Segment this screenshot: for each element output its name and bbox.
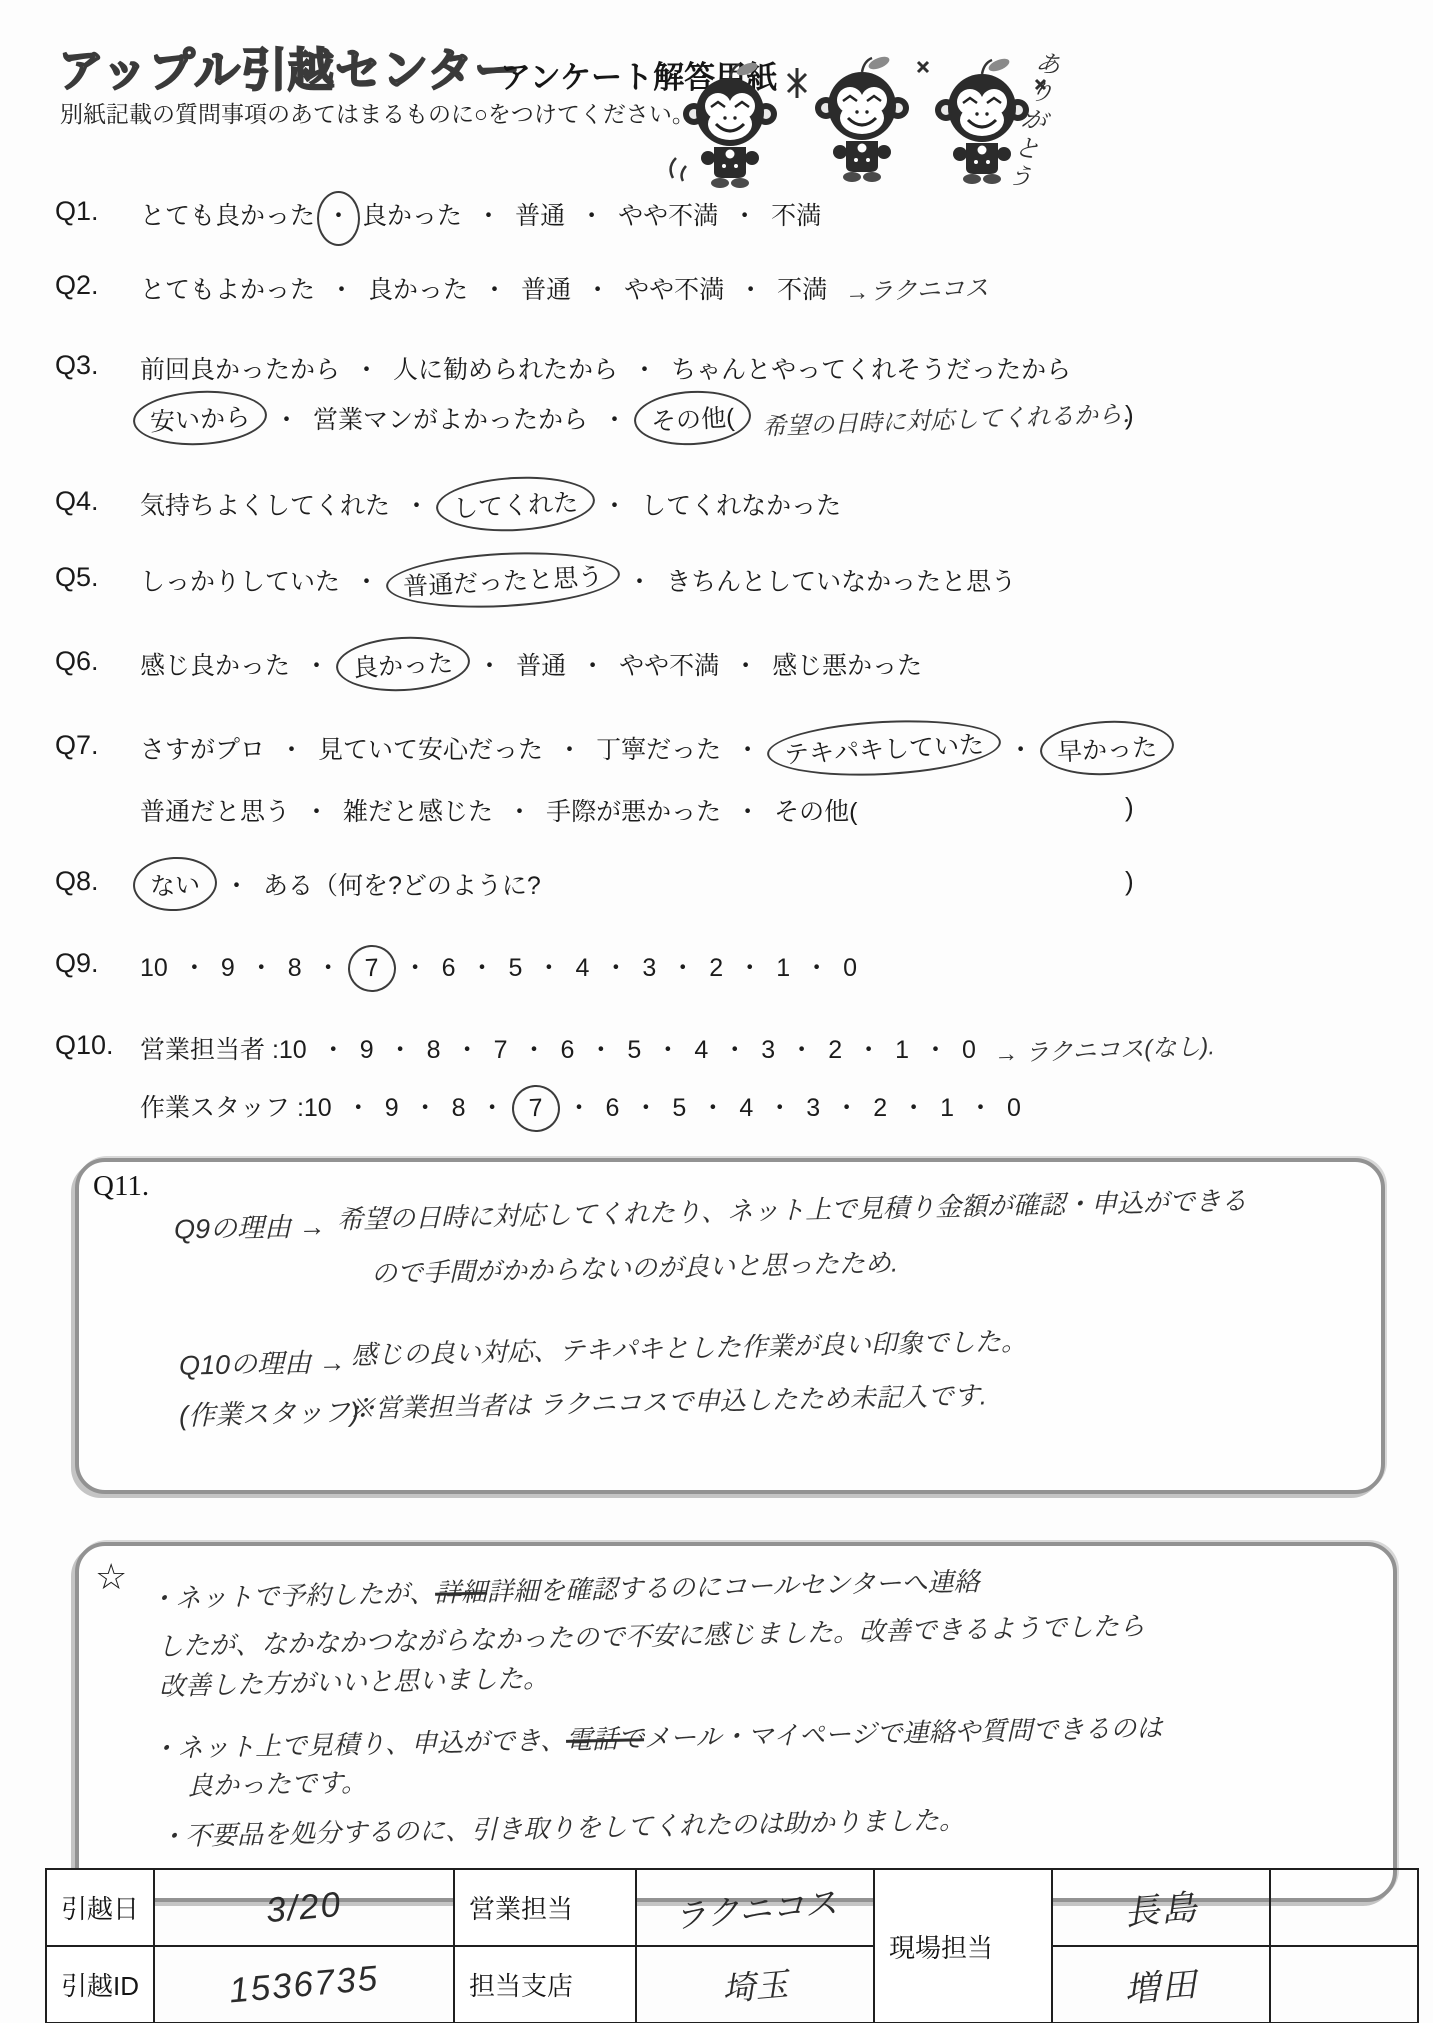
question-option: 5 bbox=[509, 954, 523, 983]
question-option: 0 bbox=[1007, 1094, 1021, 1123]
comment-segment: ・ネット上で見積り、申込ができ、 bbox=[151, 1725, 567, 1764]
q11-label: Q11. bbox=[93, 1170, 149, 1203]
separator-dot: ・ bbox=[304, 792, 329, 828]
question-options: とても良かった・良かった・普通・やや不満・不満 bbox=[140, 196, 821, 240]
circled-option: 普通だったと思う bbox=[385, 547, 622, 613]
question-option: やや不満 bbox=[624, 270, 724, 306]
question-option: 0 bbox=[843, 954, 857, 983]
separator-dot: ・ bbox=[735, 792, 760, 828]
site-staff-name-2: 増田 bbox=[1052, 1946, 1270, 2023]
separator-dot: ・ bbox=[632, 350, 657, 386]
question-option: やや不満 bbox=[619, 646, 719, 682]
circled-option: 安いから bbox=[132, 388, 269, 449]
free-comment-box: ☆ ・ネットで予約したが、詳細詳細を確認するのにコールセンターへ連絡したが、なか… bbox=[75, 1542, 1397, 1902]
separator-dot: ・ bbox=[321, 1030, 346, 1066]
question-option: 10 bbox=[279, 1036, 307, 1065]
q11-handwritten-line: Q9の理由 → bbox=[174, 1204, 326, 1246]
circled-option: その他( bbox=[633, 388, 753, 448]
question-option: 5 bbox=[672, 1094, 686, 1123]
empty-cell bbox=[1270, 1946, 1418, 2023]
question-option: 普通 bbox=[521, 270, 571, 306]
question-option: とてもよかった bbox=[140, 270, 315, 306]
question-row: Q10.営業担当者 :10・9・8・7・6・5・4・3・2・1・0→ ラクニコス… bbox=[0, 1030, 1433, 1070]
separator-dot: ・ bbox=[182, 948, 207, 984]
separator-dot: ・ bbox=[354, 350, 379, 386]
separator-dot: ・ bbox=[968, 1088, 993, 1124]
question-option: 9 bbox=[385, 1094, 399, 1123]
question-options: 安いから・営業マンがよかったから・その他(希望の日時に対応してくれるから．) bbox=[140, 400, 1146, 436]
question-option: その他( bbox=[774, 792, 857, 828]
question-option: 3 bbox=[642, 954, 656, 983]
question-option: 良かった bbox=[368, 270, 468, 306]
question-option: 4 bbox=[694, 1036, 708, 1065]
separator-dot: ・ bbox=[413, 1088, 438, 1124]
question-row: Q5.しっかりしていた・普通だったと思う・きちんとしていなかったと思う bbox=[0, 562, 1433, 602]
comment-segment: ・不要品を処分するのに、引き取りをしてくれたのは助かりました。 bbox=[159, 1805, 965, 1852]
q11-handwritten-line: (作業スタッフ) bbox=[179, 1390, 360, 1433]
question-options: 10・9・8・7・6・5・4・3・2・1・0 bbox=[140, 948, 857, 984]
separator-dot: ・ bbox=[901, 1088, 926, 1124]
question-option: 前回良かったから bbox=[140, 350, 340, 386]
move-date-value: 3/20 bbox=[154, 1869, 454, 1946]
question-option: 8 bbox=[288, 954, 302, 983]
circled-option: ない bbox=[132, 855, 219, 913]
separator-dot: ・ bbox=[304, 646, 329, 682]
question-option: 営業マンがよかったから bbox=[313, 400, 588, 436]
question-option: 9 bbox=[221, 954, 235, 983]
question-option: 8 bbox=[427, 1036, 441, 1065]
q11-handwritten-line: Q10の理由 → bbox=[179, 1340, 346, 1382]
separator-dot: ・ bbox=[655, 1030, 680, 1066]
question-option: 不満 bbox=[777, 270, 827, 306]
question-option: してくれなかった bbox=[641, 486, 841, 522]
separator-dot: ・ bbox=[507, 792, 532, 828]
question-option: 普通 bbox=[516, 646, 566, 682]
separator-dot: ・ bbox=[732, 196, 757, 232]
question-label: Q1. bbox=[55, 196, 99, 227]
question-option: 感じ良かった bbox=[140, 646, 290, 682]
separator-dot: ・ bbox=[602, 486, 627, 522]
comment-segment: 改善した方がいいと思いました。 bbox=[159, 1663, 550, 1701]
question-options: 感じ良かった・良かった・普通・やや不満・感じ悪かった bbox=[140, 646, 922, 682]
question-option: 良かった bbox=[362, 196, 462, 232]
question-option: 1 bbox=[895, 1036, 909, 1065]
question-option: 7 bbox=[494, 1036, 508, 1065]
question-option: 6 bbox=[606, 1094, 620, 1123]
separator-dot: ・ bbox=[477, 646, 502, 682]
question-row: Q3.前回良かったから・人に勧められたから・ちゃんとやってくれそうだったから bbox=[0, 350, 1433, 390]
separator-dot: ・ bbox=[588, 1030, 613, 1066]
sales-rep-value: ラクニコス bbox=[636, 1869, 874, 1946]
question-option: 4 bbox=[575, 954, 589, 983]
question-row: Q1.とても良かった・良かった・普通・やや不満・不満 bbox=[0, 196, 1433, 236]
question-options: さすがプロ・見ていて安心だった・丁寧だった・テキパキしていた・早かった bbox=[140, 730, 1167, 766]
separator-dot: ・ bbox=[482, 270, 507, 306]
question-row: Q8.ない・ある（何を?どのように?) bbox=[0, 866, 1433, 906]
question-option: 8 bbox=[452, 1094, 466, 1123]
star-icon: ☆ bbox=[95, 1556, 127, 1598]
question-option: 丁寧だった bbox=[596, 730, 721, 766]
branch-value: 埼玉 bbox=[636, 1946, 874, 2023]
company-logo-text: アップル引越センター bbox=[58, 34, 521, 100]
question-options: とてもよかった・良かった・普通・やや不満・不満→ラクニコス bbox=[140, 270, 989, 306]
separator-dot: ・ bbox=[476, 196, 501, 232]
question-label: Q5. bbox=[55, 562, 99, 593]
question-option: 2 bbox=[709, 954, 723, 983]
separator-dot: ・ bbox=[249, 948, 274, 984]
separator-dot: ・ bbox=[923, 1030, 948, 1066]
separator-dot: ・ bbox=[737, 948, 762, 984]
site-staff-label: 現場担当 bbox=[874, 1869, 1052, 2023]
separator-dot: ・ bbox=[579, 196, 604, 232]
separator-dot: ・ bbox=[856, 1030, 881, 1066]
separator-dot: ・ bbox=[603, 948, 628, 984]
comment-segment: 電話で bbox=[566, 1723, 645, 1755]
separator-dot: ・ bbox=[566, 1088, 591, 1124]
separator-dot: ・ bbox=[804, 948, 829, 984]
handwritten-annotation: → ラクニコス(なし). bbox=[993, 1026, 1215, 1069]
question-row: 普通だと思う・雑だと感じた・手際が悪かった・その他() bbox=[0, 792, 1433, 832]
separator-dot: ・ bbox=[274, 400, 299, 436]
motion-lines-icon bbox=[671, 158, 686, 181]
question-label: Q8. bbox=[55, 866, 99, 897]
question-row: 安いから・営業マンがよかったから・その他(希望の日時に対応してくれるから．) bbox=[0, 400, 1433, 440]
circled-option: ・ bbox=[317, 191, 360, 246]
question-option: 6 bbox=[561, 1036, 575, 1065]
question-option: 2 bbox=[828, 1036, 842, 1065]
separator-dot: ・ bbox=[470, 948, 495, 984]
separator-dot: ・ bbox=[224, 866, 249, 902]
separator-dot: ・ bbox=[404, 486, 429, 522]
separator-dot: ・ bbox=[602, 400, 627, 436]
comment-handwritten-line: ・不要品を処分するのに、引き取りをしてくれたのは助かりました。 bbox=[159, 1800, 966, 1854]
separator-dot: ・ bbox=[279, 730, 304, 766]
q11-comment-box: Q11. Q9の理由 →希望の日時に対応してくれたり、ネット上で見積り金額が確認… bbox=[75, 1158, 1385, 1494]
closing-paren: ) bbox=[1125, 400, 1134, 431]
separator-dot: ・ bbox=[633, 1088, 658, 1124]
comment-segment: メール・マイページで連絡や質問できるのは bbox=[644, 1712, 1163, 1753]
question-option: 不満 bbox=[771, 196, 821, 232]
survey-scan-sheet: アップル引越センター アンケート解答用紙 別紙記載の質問事項のあてはまるものに○… bbox=[0, 0, 1433, 2023]
separator-dot: ・ bbox=[557, 730, 582, 766]
question-row: Q4.気持ちよくしてくれた・してくれた・してくれなかった bbox=[0, 486, 1433, 526]
question-label: Q2. bbox=[55, 270, 99, 301]
question-option: 感じ悪かった bbox=[772, 646, 922, 682]
separator-dot: ・ bbox=[789, 1030, 814, 1066]
question-option: とても良かった bbox=[140, 196, 315, 232]
branch-label: 担当支店 bbox=[454, 1946, 636, 2023]
comment-handwritten-line: ・ネット上で見積り、申込ができ、電話でメール・マイページで連絡や質問できるのは bbox=[151, 1707, 1163, 1765]
circled-option: 7 bbox=[346, 944, 396, 993]
q11-handwritten-line: ※営業担当者は ラクニコスで申込したため未記入です. bbox=[349, 1375, 988, 1425]
handwritten-annotation: →ラクニコス bbox=[845, 268, 990, 308]
question-label: Q7. bbox=[55, 730, 99, 761]
separator-dot: ・ bbox=[834, 1088, 859, 1124]
question-options: ない・ある（何を?どのように?) bbox=[140, 866, 541, 902]
question-row: 作業スタッフ :10・9・8・7・6・5・4・3・2・1・0 bbox=[0, 1088, 1433, 1128]
question-option: 見ていて安心だった bbox=[318, 730, 543, 766]
q11-handwritten-line: ので手間がかからないのが良いと思ったため. bbox=[371, 1242, 899, 1290]
question-option: 4 bbox=[739, 1094, 753, 1123]
comment-handwritten-line: したが、なかなかつながらなかったので不安に感じました。改善できるようでしたら bbox=[157, 1606, 1146, 1664]
question-option: ある（何を?どのように? bbox=[263, 866, 541, 902]
circled-option: 早かった bbox=[1039, 718, 1176, 779]
separator-dot: ・ bbox=[585, 270, 610, 306]
question-options: 作業スタッフ :10・9・8・7・6・5・4・3・2・1・0 bbox=[140, 1088, 1021, 1124]
question-option: 普通だと思う bbox=[140, 792, 290, 828]
question-row: Q7.さすがプロ・見ていて安心だった・丁寧だった・テキパキしていた・早かった bbox=[0, 730, 1433, 770]
site-staff-name-1: 長島 bbox=[1052, 1869, 1270, 1946]
separator-dot: ・ bbox=[735, 730, 760, 766]
question-options: 営業担当者 :10・9・8・7・6・5・4・3・2・1・0→ ラクニコス(なし)… bbox=[140, 1030, 1215, 1066]
question-option: 9 bbox=[360, 1036, 374, 1065]
circled-option: テキパキしていた bbox=[766, 715, 1003, 781]
separator-dot: ・ bbox=[722, 1030, 747, 1066]
separator-dot: ・ bbox=[700, 1088, 725, 1124]
comment-handwritten-line: ・ネットで予約したが、詳細詳細を確認するのにコールセンターへ連絡 bbox=[149, 1561, 980, 1615]
question-option: 6 bbox=[442, 954, 456, 983]
circled-option: 良かった bbox=[335, 634, 472, 695]
question-options: 普通だと思う・雑だと感じた・手際が悪かった・その他() bbox=[140, 792, 857, 828]
question-option: 1 bbox=[776, 954, 790, 983]
comment-handwritten-line: 改善した方がいいと思いました。 bbox=[159, 1658, 550, 1703]
question-option: 雑だと感じた bbox=[343, 792, 493, 828]
comment-segment: したが、なかなかつながらなかったので不安に感じました。改善できるようでしたら bbox=[157, 1611, 1145, 1662]
circled-option: 7 bbox=[510, 1084, 560, 1133]
move-id-label: 引越ID bbox=[46, 1946, 154, 2023]
question-options: 気持ちよくしてくれた・してくれた・してくれなかった bbox=[140, 486, 841, 522]
q11-handwritten-line: 感じの良い対応、テキパキとした作業が良い印象でした。 bbox=[351, 1321, 1028, 1372]
separator-dot: ・ bbox=[329, 270, 354, 306]
question-option: やや不満 bbox=[618, 196, 718, 232]
question-option: 1 bbox=[940, 1094, 954, 1123]
q11-handwritten-line: 希望の日時に対応してくれたり、ネット上で見積り金額が確認・申込ができる bbox=[337, 1180, 1248, 1236]
question-label: Q10. bbox=[55, 1030, 114, 1061]
move-date-label: 引越日 bbox=[46, 1869, 154, 1946]
question-option: 2 bbox=[873, 1094, 887, 1123]
separator-dot: ・ bbox=[1008, 730, 1033, 766]
question-option: 5 bbox=[627, 1036, 641, 1065]
question-option: 作業スタッフ : bbox=[140, 1088, 304, 1124]
question-option: 3 bbox=[806, 1094, 820, 1123]
closing-paren: ) bbox=[1125, 792, 1134, 823]
question-label: Q3. bbox=[55, 350, 99, 381]
closing-paren: ) bbox=[1125, 866, 1134, 897]
separator-dot: ・ bbox=[521, 1030, 546, 1066]
separator-dot: ・ bbox=[738, 270, 763, 306]
question-option: しっかりしていた bbox=[140, 562, 340, 598]
separator-dot: ・ bbox=[455, 1030, 480, 1066]
separator-dot: ・ bbox=[388, 1030, 413, 1066]
empty-cell bbox=[1270, 1869, 1418, 1946]
separator-dot: ・ bbox=[733, 646, 758, 682]
comment-segment: 詳細 bbox=[435, 1577, 488, 1608]
separator-dot: ・ bbox=[627, 562, 652, 598]
separator-dot: ・ bbox=[580, 646, 605, 682]
question-option: 10 bbox=[140, 954, 168, 983]
question-row: Q2.とてもよかった・良かった・普通・やや不満・不満→ラクニコス bbox=[0, 270, 1433, 310]
question-option: 3 bbox=[761, 1036, 775, 1065]
question-row: Q6.感じ良かった・良かった・普通・やや不満・感じ悪かった bbox=[0, 646, 1433, 686]
question-option: 10 bbox=[304, 1094, 332, 1123]
instruction-text: 別紙記載の質問事項のあてはまるものに○をつけてください。 bbox=[60, 96, 695, 129]
separator-dot: ・ bbox=[536, 948, 561, 984]
question-label: Q4. bbox=[55, 486, 99, 517]
question-option: 気持ちよくしてくれた bbox=[140, 486, 390, 522]
question-option: さすがプロ bbox=[140, 730, 265, 766]
sales-rep-label: 営業担当 bbox=[454, 1869, 636, 1946]
question-row: Q9.10・9・8・7・6・5・4・3・2・1・0 bbox=[0, 948, 1433, 988]
separator-dot: ・ bbox=[403, 948, 428, 984]
handwritten-annotation: 希望の日時に対応してくれるから． bbox=[762, 393, 1147, 441]
question-options: 前回良かったから・人に勧められたから・ちゃんとやってくれそうだったから bbox=[140, 350, 1071, 386]
question-option: きちんとしていなかったと思う bbox=[666, 562, 1016, 598]
question-option: 普通 bbox=[515, 196, 565, 232]
question-option: 0 bbox=[962, 1036, 976, 1065]
question-option: 人に勧められたから bbox=[393, 350, 618, 386]
footer-info-table: 引越日 3/20 営業担当 ラクニコス 現場担当 長島 引越ID 1536735… bbox=[45, 1868, 1419, 2023]
question-option: ちゃんとやってくれそうだったから bbox=[671, 350, 1071, 386]
move-id-value: 1536735 bbox=[154, 1946, 454, 2023]
question-option: 営業担当者 : bbox=[140, 1030, 279, 1066]
question-label: Q6. bbox=[55, 646, 99, 677]
separator-dot: ・ bbox=[346, 1088, 371, 1124]
separator-dot: ・ bbox=[767, 1088, 792, 1124]
question-options: しっかりしていた・普通だったと思う・きちんとしていなかったと思う bbox=[140, 562, 1016, 598]
separator-dot: ・ bbox=[354, 562, 379, 598]
comment-segment: ・ネットで予約したが、 bbox=[149, 1578, 436, 1614]
comment-segment: 良かったです。 bbox=[187, 1767, 368, 1801]
question-label: Q9. bbox=[55, 948, 99, 979]
comment-segment: 詳細を確認するのにコールセンターへ連絡 bbox=[487, 1566, 980, 1606]
comment-handwritten-line: 良かったです。 bbox=[187, 1762, 368, 1803]
separator-dot: ・ bbox=[480, 1088, 505, 1124]
circled-option: してくれた bbox=[435, 473, 597, 535]
question-option: 手際が悪かった bbox=[546, 792, 721, 828]
separator-dot: ・ bbox=[670, 948, 695, 984]
separator-dot: ・ bbox=[316, 948, 341, 984]
